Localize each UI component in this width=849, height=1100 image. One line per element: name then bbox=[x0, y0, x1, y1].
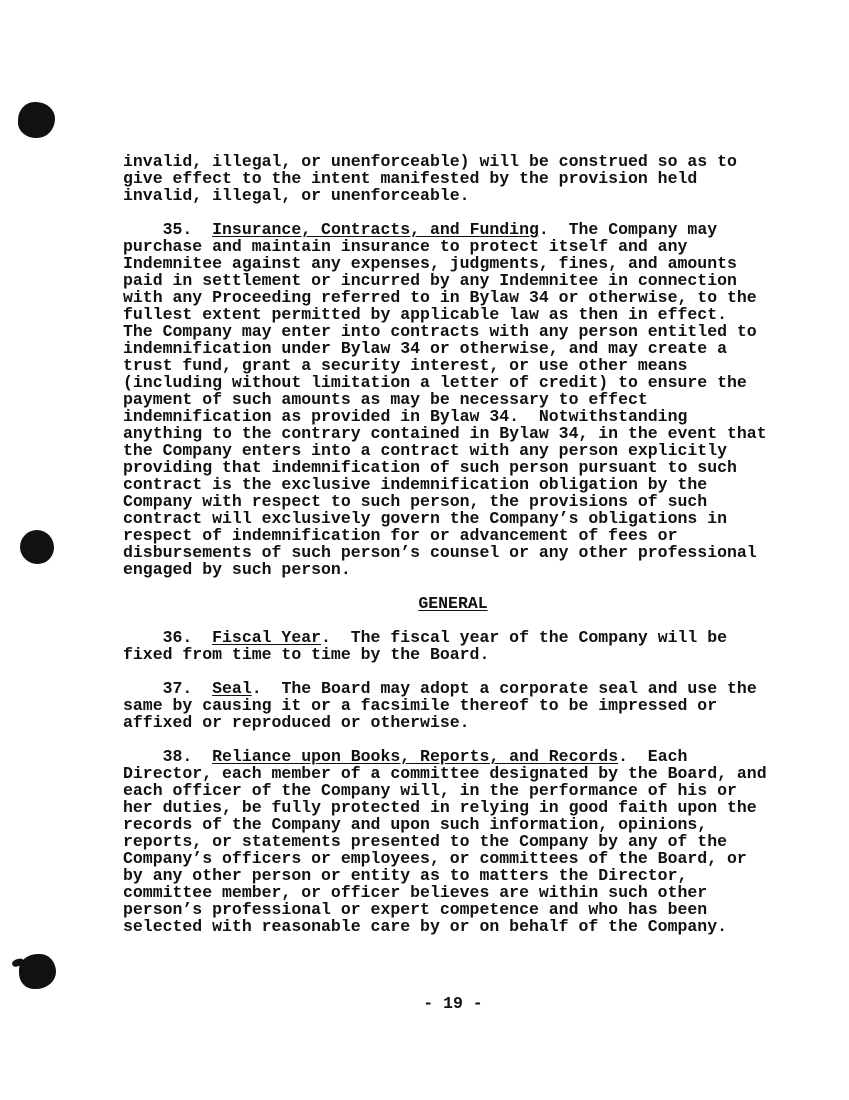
general-heading: GENERAL bbox=[123, 595, 783, 612]
page-number: - 19 - bbox=[123, 995, 783, 1012]
punch-hole-top-icon bbox=[18, 102, 55, 138]
section-38: 38. Reliance upon Books, Reports, and Re… bbox=[123, 748, 783, 935]
section-title: GENERAL bbox=[418, 594, 487, 613]
section-37: 37. Seal. The Board may adopt a corporat… bbox=[123, 680, 783, 731]
punch-hole-middle-icon bbox=[20, 530, 54, 564]
document-body: invalid, illegal, or unenforceable) will… bbox=[123, 153, 783, 952]
punch-hole-bottom-icon bbox=[19, 954, 56, 989]
document-page: invalid, illegal, or unenforceable) will… bbox=[0, 0, 849, 1100]
body-text: . The Company may purchase and maintain … bbox=[123, 220, 767, 579]
body-text: . Each Director, each member of a commit… bbox=[123, 747, 767, 936]
body-text: invalid, illegal, or unenforceable) will… bbox=[123, 152, 737, 205]
section-36: 36. Fiscal Year. The fiscal year of the … bbox=[123, 629, 783, 663]
section-35: 35. Insurance, Contracts, and Funding. T… bbox=[123, 221, 783, 578]
continuation-paragraph: invalid, illegal, or unenforceable) will… bbox=[123, 153, 783, 204]
